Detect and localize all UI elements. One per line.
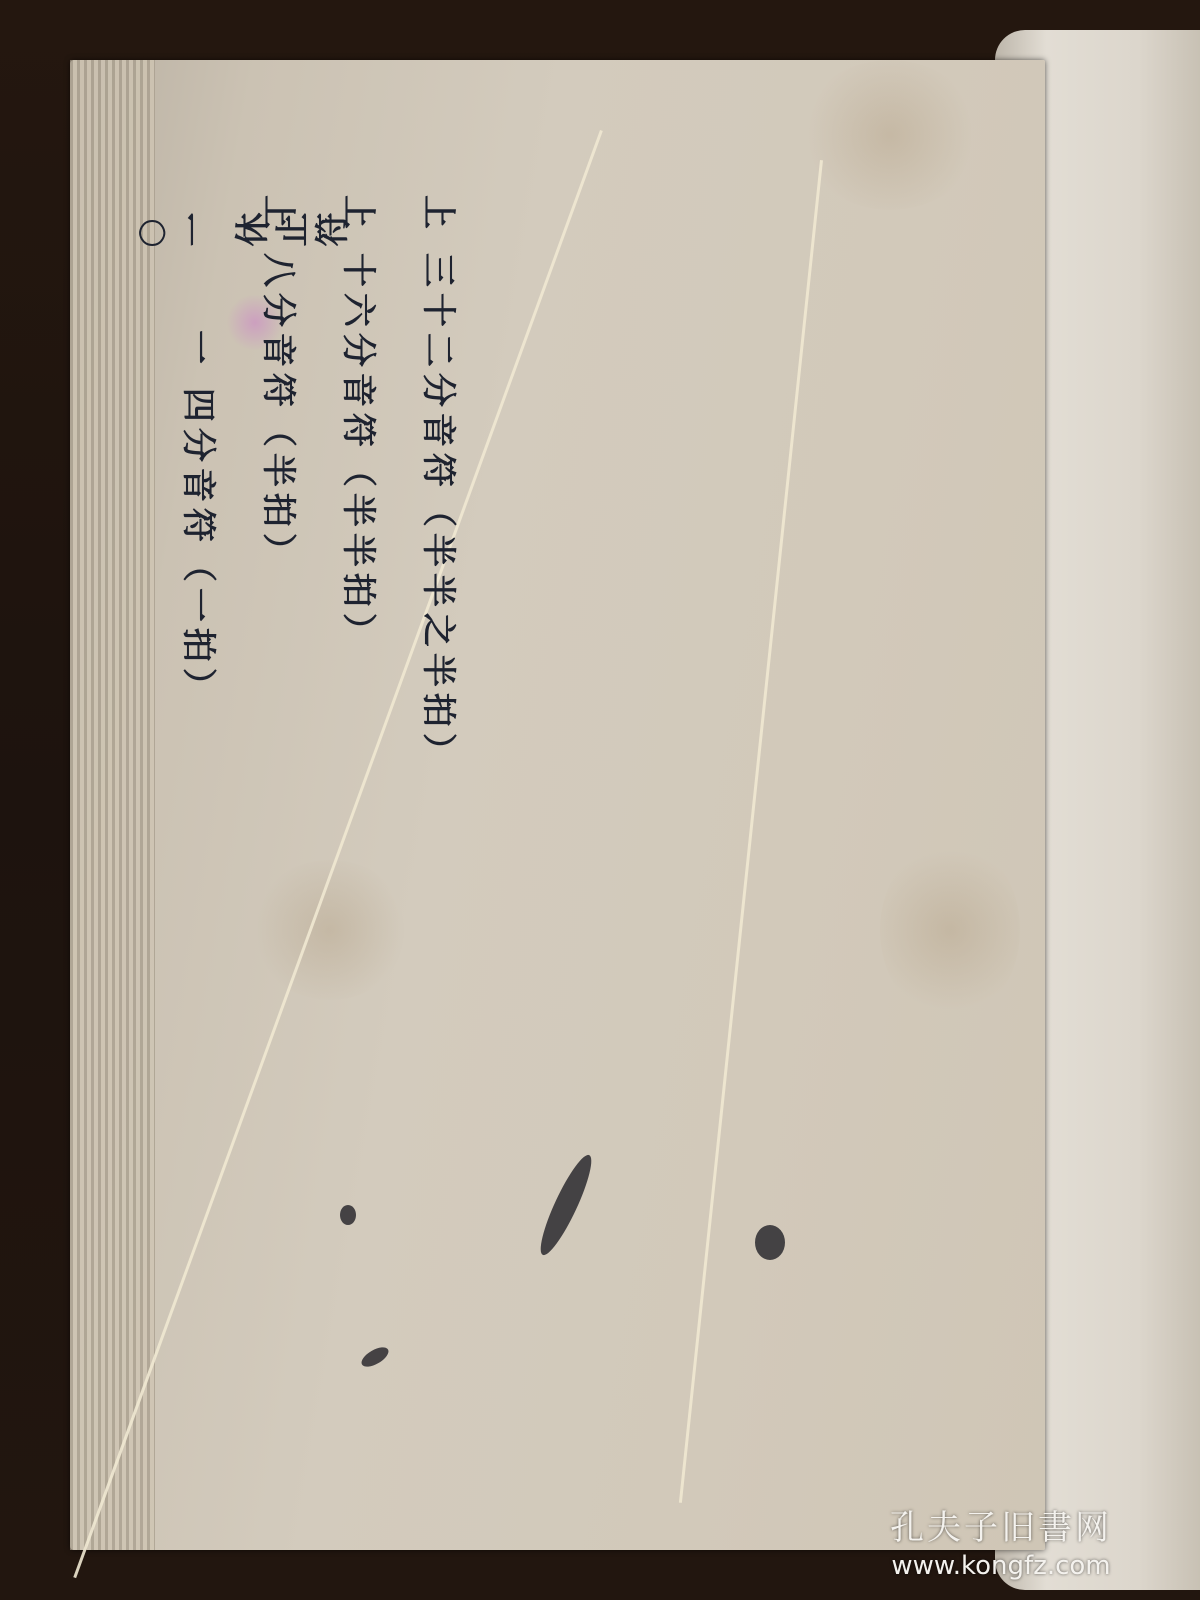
watermark-name: 孔夫子旧書网 (890, 1500, 1112, 1549)
text-line-thirty-second-note: 上 三十二分音符（半半之半拍） (421, 195, 455, 773)
booklet-page (70, 60, 1045, 1550)
text-line-sixteenth-note: 上 十六分音符（半半拍） (341, 195, 375, 653)
ink-smudge (340, 1205, 356, 1225)
ink-smudge (755, 1225, 785, 1260)
watermark-url: www.kongfz.com (890, 1551, 1112, 1581)
text-line-quarter-note: 一 四分音符（一拍） (181, 330, 215, 708)
water-stain (880, 840, 1020, 1020)
water-stain (250, 860, 410, 1000)
text-line-rest: ○一 休止符 (130, 216, 354, 250)
watermark: 孔夫子旧書网 www.kongfz.com (890, 1500, 1112, 1581)
text-line-eighth-note: 上 八分音符（半拍） (261, 195, 295, 573)
water-stain (800, 60, 980, 210)
stacked-page-edges (70, 60, 155, 1550)
